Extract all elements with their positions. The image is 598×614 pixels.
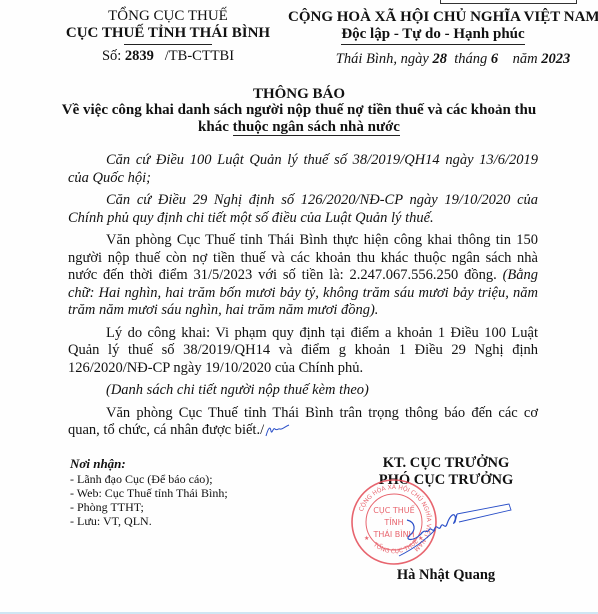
disclosure-paragraph: Văn phòng Cục Thuế tỉnh Thái Bình thực h… (68, 232, 538, 320)
signing-authority: KT. CỤC TRƯỞNG (330, 455, 562, 472)
subtitle-line-1: Về việc công khai danh sách người nộp th… (0, 102, 598, 119)
attachment-note: (Danh sách chi tiết người nộp thuế kèm t… (68, 382, 538, 400)
disclosure-reason: Lý do công khai: Vi phạm quy định tại đi… (68, 325, 538, 378)
closing-paragraph: Văn phòng Cục Thuế tỉnh Thái Bình trân t… (68, 405, 538, 440)
svg-text:★: ★ (364, 535, 369, 542)
recipient-item: - Lưu: VT, QLN. (70, 514, 228, 528)
signer-name: Hà Nhật Quang (330, 567, 562, 584)
issuer-header: TỔNG CỤC THUẾ CỤC THUẾ TỈNH THÁI BÌNH Số… (60, 8, 276, 65)
document-subtitle: Về việc công khai danh sách người nộp th… (0, 102, 598, 136)
number-suffix: /TB-CTTBI (165, 48, 234, 64)
document-title: THÔNG BÁO (0, 86, 598, 103)
legal-basis-1: Căn cứ Điều 100 Luật Quản lý thuế số 38/… (68, 152, 538, 187)
issue-date: Thái Bình, ngày 28 tháng 6 năm 2023 (318, 51, 588, 68)
date-year: 2023 (541, 51, 570, 67)
date-month: 6 (491, 51, 498, 67)
closing-text: Văn phòng Cục Thuế tỉnh Thái Bình trân t… (68, 405, 538, 439)
national-header: CỘNG HOÀ XÃ HỘI CHỦ NGHĨA VIỆT NAM Độc l… (288, 9, 588, 68)
handwritten-signature-icon (395, 500, 515, 558)
date-month-label: tháng (454, 51, 487, 67)
date-place: Thái Bình, ngày (336, 51, 429, 67)
national-motto: Độc lập - Tự do - Hạnh phúc (341, 26, 524, 45)
nation-name: CỘNG HOÀ XÃ HỘI CHỦ NGHĨA VIỆT NAM (288, 9, 588, 26)
recipients-title: Nơi nhận: (70, 457, 228, 471)
date-day: 28 (432, 51, 447, 67)
document-body: Căn cứ Điều 100 Luật Quản lý thuế số 38/… (68, 152, 538, 440)
date-year-label: năm (513, 51, 538, 67)
document-number: Số: 2839 /TB-CTTBI (60, 48, 276, 65)
subtitle-line-2-prefix: khác (198, 119, 233, 135)
document-page: TỔNG CỤC THUẾ CỤC THUẾ TỈNH THÁI BÌNH Số… (0, 0, 598, 614)
recipient-item: - Lãnh đạo Cục (Để báo cáo); (70, 472, 228, 486)
parent-agency: TỔNG CỤC THUẾ (60, 8, 276, 25)
recipient-item: - Phòng TTHT; (70, 500, 228, 514)
header-divider (124, 44, 212, 45)
number-prefix: Số: (102, 48, 121, 64)
recipient-item: - Web: Cục Thuế tỉnh Thái Bình; (70, 486, 228, 500)
initial-mark-icon (264, 423, 290, 437)
recipients-block: Nơi nhận: - Lãnh đạo Cục (Để báo cáo); -… (70, 457, 228, 528)
subtitle-line-2: khác thuộc ngân sách nhà nước (0, 119, 598, 136)
issuing-office: CỤC THUẾ TỈNH THÁI BÌNH (60, 25, 276, 42)
legal-basis-2: Căn cứ Điều 29 Nghị định số 126/2020/NĐ-… (68, 192, 538, 227)
number-value: 2839 (125, 48, 154, 64)
subtitle-line-2-underlined: thuộc ngân sách nhà nước (233, 119, 400, 136)
top-frame-box (440, 0, 577, 4)
disclosure-text: Văn phòng Cục Thuế tỉnh Thái Bình thực h… (68, 232, 538, 283)
